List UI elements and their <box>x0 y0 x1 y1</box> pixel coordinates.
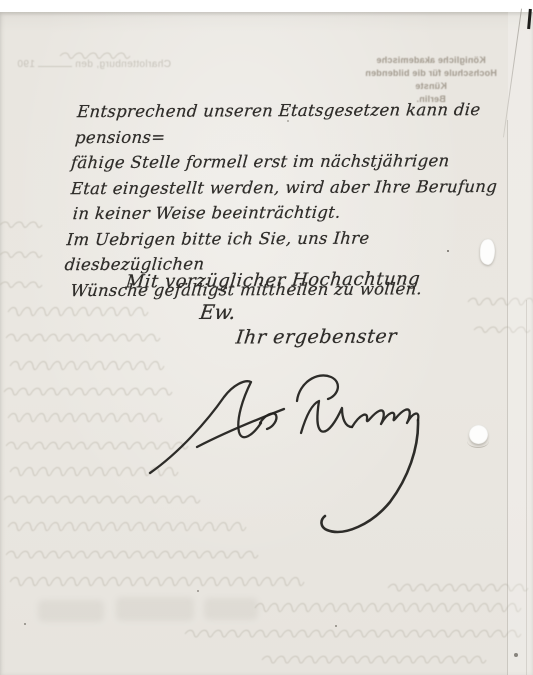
signature-autograph <box>0 12 533 675</box>
letter-paper: Charlottenburg, den190 Königliche akadem… <box>0 12 533 675</box>
punch-hole <box>480 239 495 265</box>
scan-background-strip <box>0 0 533 12</box>
scanned-letter-page: Charlottenburg, den190 Königliche akadem… <box>0 0 533 675</box>
punch-hole <box>469 425 488 444</box>
paper-crease <box>526 300 527 675</box>
paper-specks <box>447 250 449 252</box>
paper-edge-strip <box>508 12 533 675</box>
paper-crease <box>507 120 508 675</box>
